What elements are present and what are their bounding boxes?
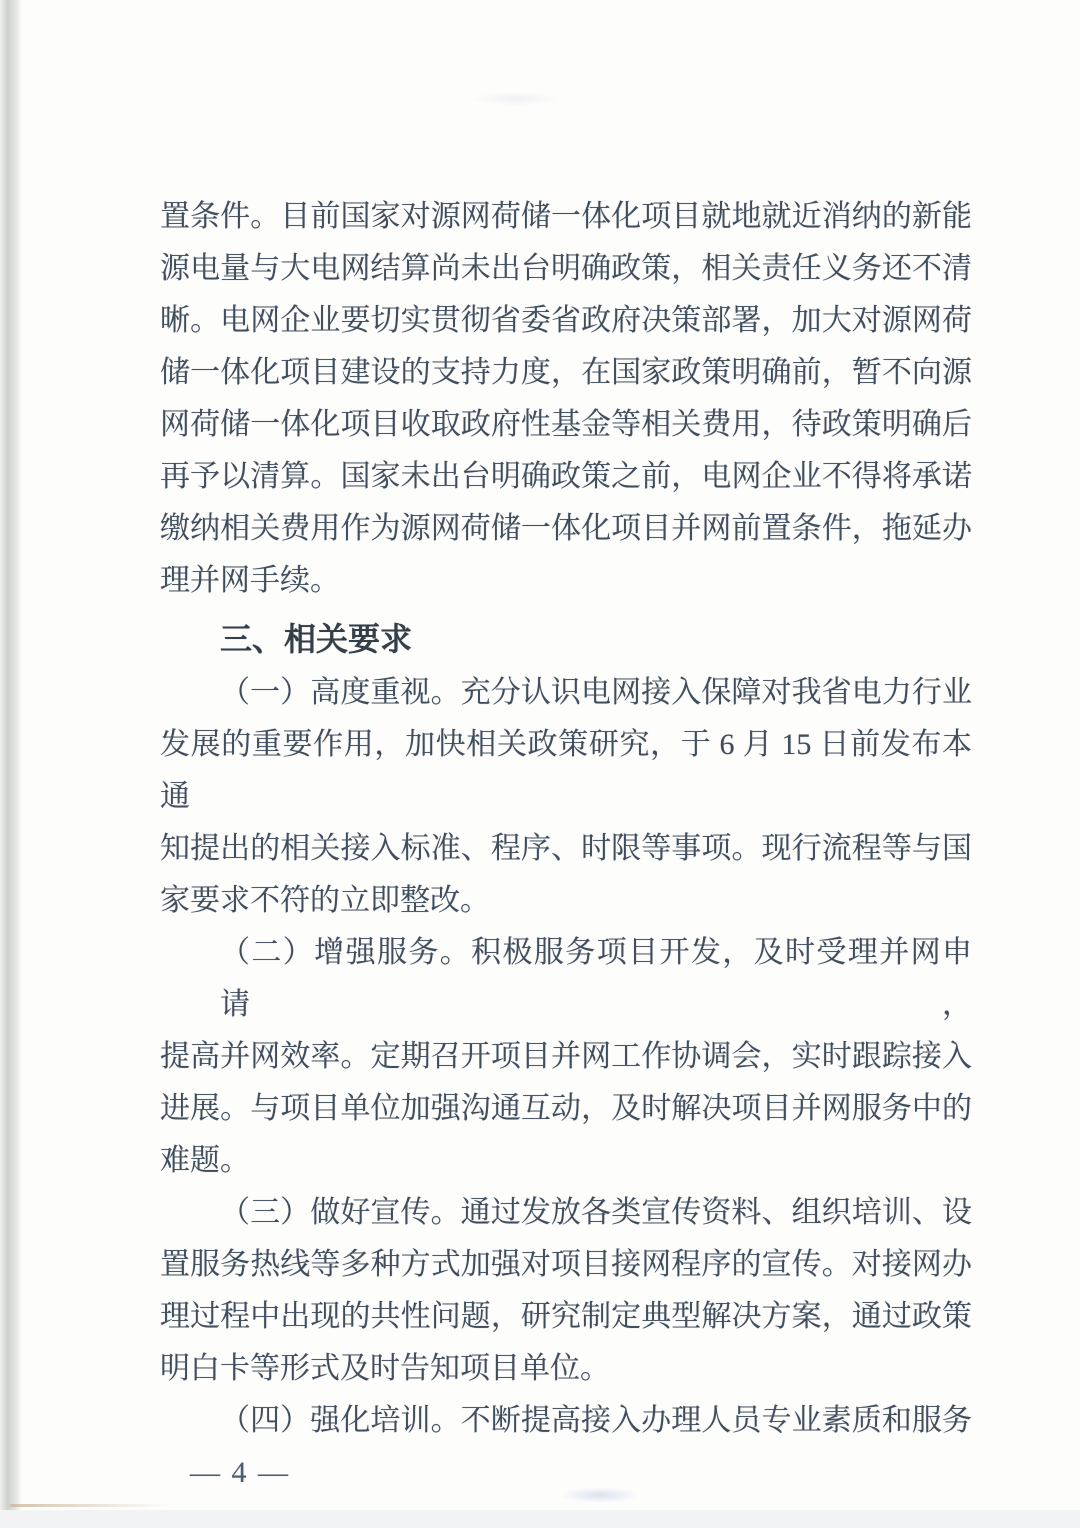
page-bottom-edge-line: [10, 1504, 170, 1507]
text-line: （三）做好宣传。通过发放各类宣传资料、组织培训、设: [160, 1187, 972, 1239]
scan-artifact-bottom: [560, 1487, 640, 1503]
text-line: 明白卡等形式及时告知项目单位。: [160, 1343, 972, 1395]
scan-artifact-top: [470, 92, 560, 106]
paragraph-item-4: （四）强化培训。不断提高接入办理人员专业素质和服务: [160, 1395, 972, 1447]
paragraph-continuation: 置条件。目前国家对源网荷储一体化项目就地就近消纳的新能 源电量与大电网结算尚未出…: [160, 191, 972, 607]
paragraph-item-1: （一）高度重视。充分认识电网接入保障对我省电力行业 发展的重要作用，加快相关政策…: [160, 667, 972, 927]
section-heading: 三、相关要求: [160, 613, 972, 665]
text-line: 再予以清算。国家未出台明确政策之前，电网企业不得将承诺: [160, 451, 972, 503]
document-page: 置条件。目前国家对源网荷储一体化项目就地就近消纳的新能 源电量与大电网结算尚未出…: [0, 0, 1080, 1510]
text-line: 置条件。目前国家对源网荷储一体化项目就地就近消纳的新能: [160, 191, 972, 243]
text-line: 理并网手续。: [160, 555, 972, 607]
text-line: 理过程中出现的共性问题，研究制定典型解决方案，通过政策: [160, 1291, 972, 1343]
text-line: （一）高度重视。充分认识电网接入保障对我省电力行业: [160, 667, 972, 719]
text-line: 难题。: [160, 1135, 972, 1187]
text-line: 发展的重要作用，加快相关政策研究，于 6 月 15 日前发布本通: [160, 719, 972, 823]
text-line: 源电量与大电网结算尚未出台明确政策，相关责任义务还不清: [160, 243, 972, 295]
text-line: 进展。与项目单位加强沟通互动，及时解决项目并网服务中的: [160, 1083, 972, 1135]
text-line: （四）强化培训。不断提高接入办理人员专业素质和服务: [160, 1395, 972, 1447]
text-line: 储一体化项目建设的支持力度，在国家政策明确前，暂不向源: [160, 347, 972, 399]
text-line: （二）增强服务。积极服务项目开发，及时受理并网申请，: [160, 927, 972, 1031]
text-line: 家要求不符的立即整改。: [160, 875, 972, 927]
text-line: 提高并网效率。定期召开项目并网工作协调会，实时跟踪接入: [160, 1031, 972, 1083]
text-line: 晰。电网企业要切实贯彻省委省政府决策部署，加大对源网荷: [160, 295, 972, 347]
text-line: 网荷储一体化项目收取政府性基金等相关费用，待政策明确后: [160, 399, 972, 451]
page-edge-shadow-bottom: [0, 1510, 1080, 1528]
text-line: 知提出的相关接入标准、程序、时限等事项。现行流程等与国: [160, 823, 972, 875]
paragraph-item-3: （三）做好宣传。通过发放各类宣传资料、组织培训、设 置服务热线等多种方式加强对项…: [160, 1187, 972, 1395]
page-edge-shadow-left: [0, 0, 22, 1510]
text-line: 缴纳相关费用作为源网荷储一体化项目并网前置条件，拖延办: [160, 503, 972, 555]
scanned-document-viewport: 置条件。目前国家对源网荷储一体化项目就地就近消纳的新能 源电量与大电网结算尚未出…: [0, 0, 1080, 1528]
text-line: 置服务热线等多种方式加强对项目接网程序的宣传。对接网办: [160, 1239, 972, 1291]
paragraph-item-2: （二）增强服务。积极服务项目开发，及时受理并网申请， 提高并网效率。定期召开项目…: [160, 927, 972, 1187]
document-body: 置条件。目前国家对源网荷储一体化项目就地就近消纳的新能 源电量与大电网结算尚未出…: [160, 191, 972, 1499]
